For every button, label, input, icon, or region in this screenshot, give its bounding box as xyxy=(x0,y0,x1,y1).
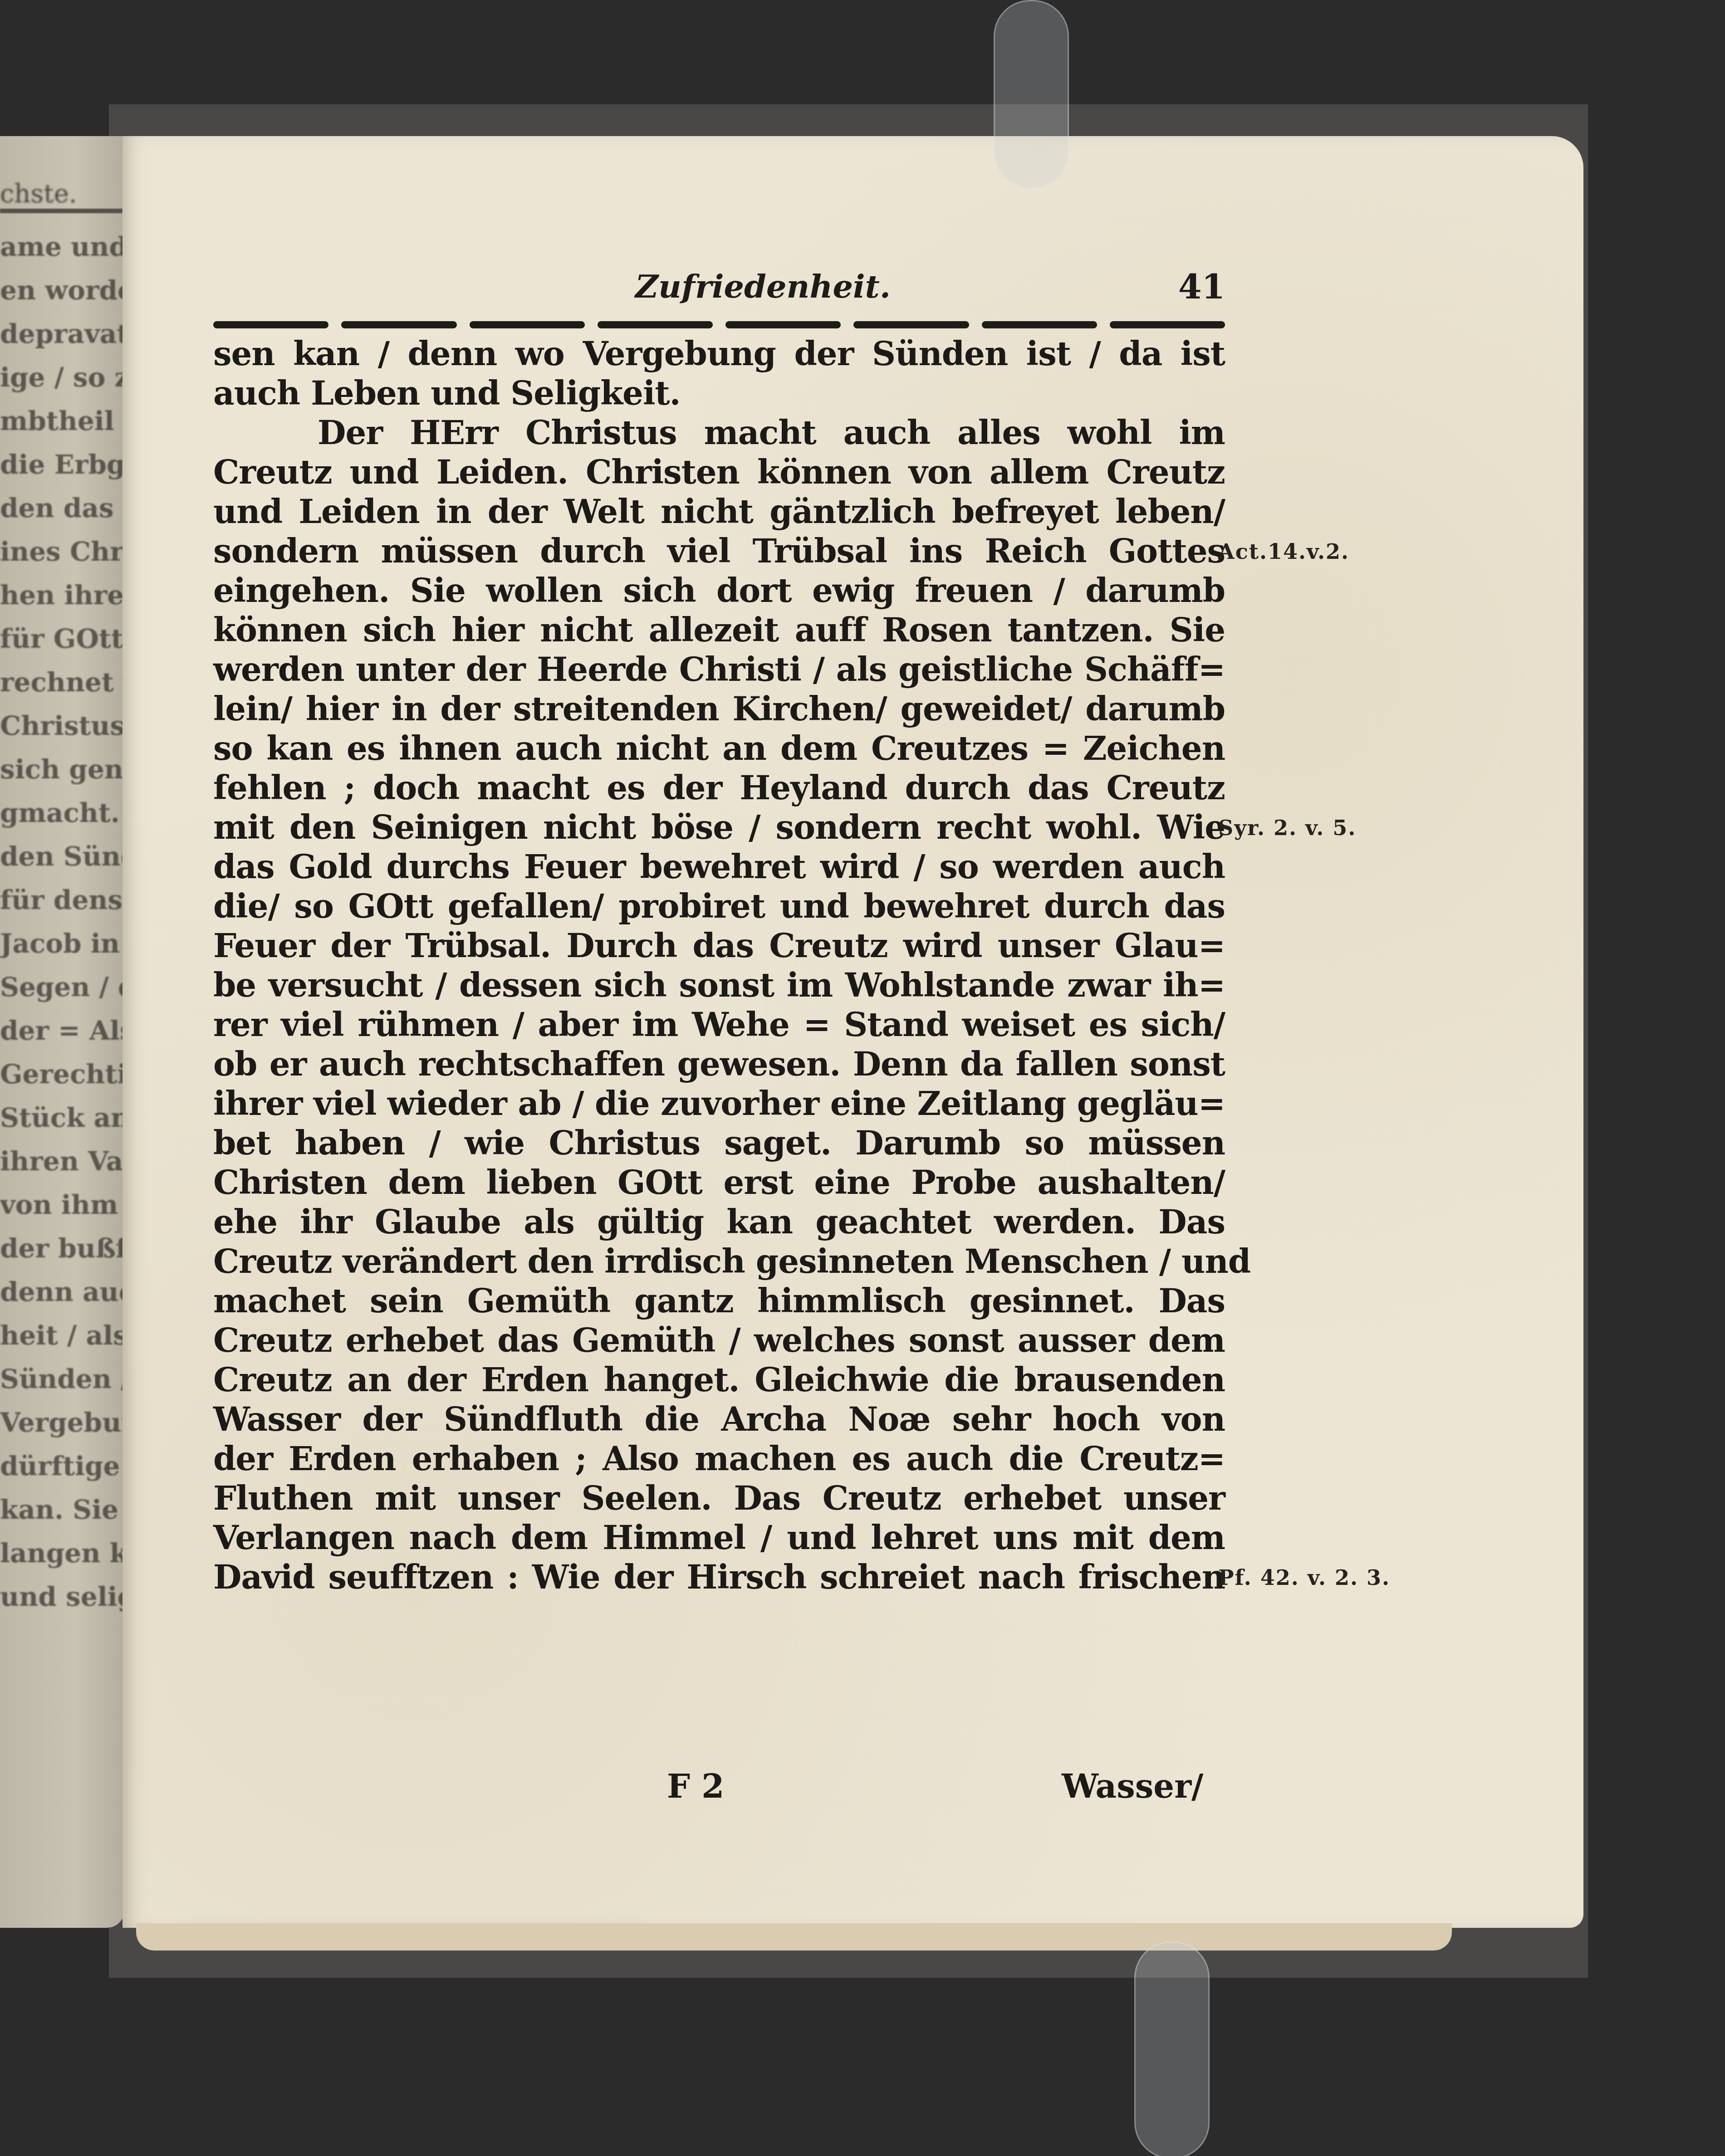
facing-text-line: rechnet wird. Wohl se xyxy=(0,667,125,710)
facing-left-page: chste. ame und Bildnißen worden. Die Ube… xyxy=(0,136,125,1928)
glass-holding-strip-top xyxy=(994,0,1069,189)
text-line: ihrer viel wieder ab / die zuvorher eine… xyxy=(213,1084,1225,1123)
facing-text-line: der bußfertigen Christ xyxy=(0,1233,125,1276)
facing-text-line: die Erbgerechtigkeit xyxy=(0,449,125,493)
text-line: Fluthen mit unser Seelen. Das Creutz erh… xyxy=(213,1478,1225,1518)
text-line: Creutz verändert den irrdisch gesinneten… xyxy=(213,1242,1225,1281)
facing-text-line: mbtheil gebracht. Di xyxy=(0,406,125,449)
facing-text-line: denn auch das Erwe xyxy=(0,1276,125,1320)
marginal-note: Act.14.v.2. xyxy=(1218,539,1349,564)
text-line: David seufftzen : Wie der Hirsch schreie… xyxy=(213,1557,1225,1597)
facing-text-line: und selig erhalt xyxy=(0,1581,125,1625)
facing-text-line: en worden. Die Ube xyxy=(0,275,125,318)
facing-text-line: den das Unrecht in sei xyxy=(0,493,125,536)
page-number: 41 xyxy=(1178,268,1225,307)
text-line: und Leiden in der Welt nicht gäntzlich b… xyxy=(213,492,1225,531)
facing-text-line: Gerechtigkeit / als einen xyxy=(0,1059,125,1102)
page-edge-deckle xyxy=(136,1923,1452,1951)
facing-text-line: dürftige und betrübt xyxy=(0,1451,125,1494)
facing-text-line: ame und Bildniß xyxy=(0,231,125,275)
text-line: der Erden erhaben ; Also machen es auch … xyxy=(213,1439,1225,1478)
facing-text-line: Stück angethan / und xyxy=(0,1102,125,1146)
text-line: lein/ hier in der streitenden Kirchen/ g… xyxy=(213,689,1225,728)
text-line: Creutz und Leiden. Christen können von a… xyxy=(213,452,1225,492)
facing-header-rule xyxy=(0,209,123,213)
text-line: das Gold durchs Feuer bewehret wird / so… xyxy=(213,847,1225,886)
text-line: rer viel rühmen / aber im Wehe = Stand w… xyxy=(213,1005,1225,1044)
text-line: eingehen. Sie wollen sich dort ewig freu… xyxy=(213,571,1225,610)
catchword: Wasser/ xyxy=(1062,1767,1203,1805)
facing-text-fragments: ame und Bildnißen worden. Die Ubedeprava… xyxy=(0,231,125,1625)
facing-text-line: der = Also ist auch der bös xyxy=(0,1015,125,1059)
facing-text-line: Jacob in Esau kleinen xyxy=(0,928,125,972)
text-line: Christen dem lieben GOtt erst eine Probe… xyxy=(213,1163,1225,1202)
marginal-note: Pf. 42. v. 2. 3. xyxy=(1218,1565,1390,1590)
text-line: Feuer der Trübsal. Durch das Creutz wird… xyxy=(213,926,1225,965)
facing-text-line: für GOtt gilt / welche xyxy=(0,623,125,667)
signature-mark: F 2 xyxy=(667,1767,724,1805)
facing-text-line: depravatas antea reli xyxy=(0,318,125,362)
facing-text-line: gmacht. Mit xyxy=(0,797,125,841)
facing-text-line: Segen / denn es waren xyxy=(0,972,125,1015)
running-head: Zufriedenheit. xyxy=(635,268,891,305)
text-line: so kan es ihnen auch nicht an dem Creutz… xyxy=(213,728,1225,768)
text-line: fehlen ; doch macht es der Heyland durch… xyxy=(213,768,1225,807)
header-rule xyxy=(213,321,1225,331)
text-line: machet sein Gemüth gantz himmlisch gesin… xyxy=(213,1281,1225,1320)
marginal-note: Syr. 2. v. 5. xyxy=(1218,816,1356,840)
text-line: Der HErr Christus macht auch alles wohl … xyxy=(213,413,1225,452)
facing-text-line: hen ihren zwang ge xyxy=(0,580,125,623)
facing-text-line: Christus hat die Un xyxy=(0,710,125,754)
facing-text-line: ihren Vater nicht xyxy=(0,1146,125,1189)
text-line: Wasser der Sündfluth die Archa Noæ sehr … xyxy=(213,1399,1225,1439)
text-line: be versucht / dessen sich sonst im Wohls… xyxy=(213,965,1225,1005)
facing-text-line: den Sünder wieder xyxy=(0,841,125,885)
facing-text-line: für denselben zu be xyxy=(0,885,125,928)
facing-text-line: Vergebung der Sünden xyxy=(0,1407,125,1451)
text-line: sen kan / denn wo Vergebung der Sünden i… xyxy=(213,334,1225,373)
text-line: auch Leben und Seligkeit. xyxy=(213,373,1225,413)
facing-text-line: Sünden / kan geholt xyxy=(0,1364,125,1407)
text-line: können sich hier nicht allezeit auff Ros… xyxy=(213,610,1225,650)
facing-text-line: heit / als durch die T xyxy=(0,1320,125,1364)
body-text: sen kan / denn wo Vergebung der Sünden i… xyxy=(213,334,1225,1597)
text-line: sondern müssen durch viel Trübsal ins Re… xyxy=(213,531,1225,571)
text-line: mit den Seinigen nicht böse / sondern re… xyxy=(213,807,1225,847)
text-line: Creutz erhebet das Gemüth / welches sons… xyxy=(213,1320,1225,1360)
page-header: Zufriedenheit. 41 xyxy=(213,268,1225,318)
facing-text-line: von ihm herwieder xyxy=(0,1189,125,1233)
facing-text-line: ines Christus/ der HErr xyxy=(0,536,125,580)
facing-text-line: kan. Sie ist das xyxy=(0,1494,125,1538)
facing-text-line: langen kan. Sie xyxy=(0,1538,125,1581)
facing-running-head: chste. xyxy=(0,179,77,209)
text-line: werden unter der Heerde Christi / als ge… xyxy=(213,650,1225,689)
facing-text-line: sich genommen / und xyxy=(0,754,125,797)
text-line: bet haben / wie Christus saget. Darumb s… xyxy=(213,1123,1225,1163)
text-line: ob er auch rechtschaffen gewesen. Denn d… xyxy=(213,1044,1225,1084)
glass-holding-strip-bottom xyxy=(1134,1941,1210,2156)
facing-text-line: ige / so zwar verde xyxy=(0,362,125,406)
text-line: Creutz an der Erden hanget. Gleichwie di… xyxy=(213,1360,1225,1399)
text-line: Verlangen nach dem Himmel / und lehret u… xyxy=(213,1518,1225,1557)
text-line: die/ so GOtt gefallen/ probiret und bewe… xyxy=(213,886,1225,926)
text-line: ehe ihr Glaube als gültig kan geachtet w… xyxy=(213,1202,1225,1242)
